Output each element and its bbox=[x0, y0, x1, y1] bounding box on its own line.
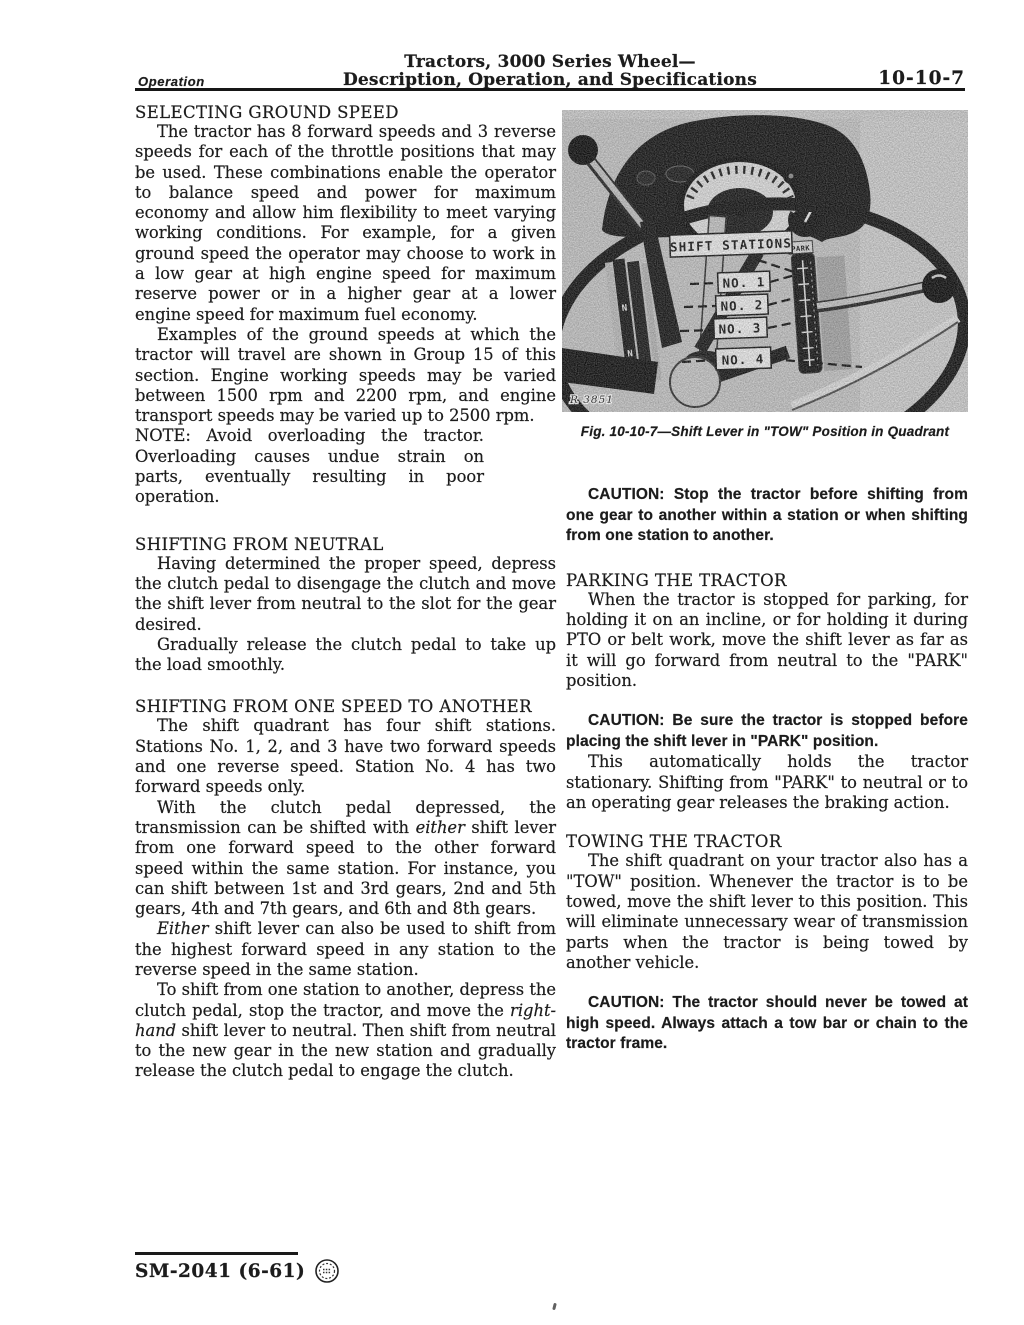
paragraph-either-lever-2: Either shift lever can also be used to s… bbox=[135, 919, 556, 980]
paragraph-either-lever-1: With the clutch pedal depressed, the tra… bbox=[135, 798, 556, 920]
document-number: SM-2041 (6-61) bbox=[135, 1261, 305, 1282]
paragraph-station-to-station: To shift from one station to another, de… bbox=[135, 980, 556, 1081]
figure-caption: Fig. 10-10-7—Shift Lever in "TOW" Positi… bbox=[562, 424, 968, 439]
header-section-label: Operation bbox=[138, 74, 205, 89]
scan-speck bbox=[552, 1303, 557, 1311]
note-overloading: NOTE: Avoid overloading the tractor. Ove… bbox=[135, 426, 484, 507]
paragraph-park-release: This automatically holds the tractor sta… bbox=[566, 752, 968, 813]
page-footer: SM-2041 (6-61) bbox=[135, 1252, 340, 1284]
paragraph-ground-speeds: The tractor has 8 forward speeds and 3 r… bbox=[135, 122, 556, 325]
shift-quadrant-photo: N N PARK bbox=[562, 110, 968, 412]
right-column: N N PARK bbox=[566, 110, 968, 1055]
caution-stopped-before-park: CAUTION: Be sure the tractor is stopped … bbox=[566, 711, 968, 752]
paragraph-neutral-1: Having determined the proper speed, depr… bbox=[135, 554, 556, 635]
heading-parking-the-tractor: PARKING THE TRACTOR bbox=[566, 571, 968, 590]
figure-shift-quadrant: N N PARK bbox=[562, 110, 968, 439]
footer-rule bbox=[135, 1252, 298, 1255]
page-number: 10-10-7 bbox=[878, 68, 965, 89]
heading-one-speed-to-another: SHIFTING FROM ONE SPEED TO ANOTHER bbox=[135, 697, 556, 716]
paragraph-shift-quadrant: The shift quadrant has four shift statio… bbox=[135, 716, 556, 797]
manual-page: Tractors, 3000 Series Wheel— Description… bbox=[0, 0, 1024, 1325]
left-column: SELECTING GROUND SPEED The tractor has 8… bbox=[135, 103, 556, 1082]
paragraph-towing: The shift quadrant on your tractor also … bbox=[566, 851, 968, 973]
paragraph-neutral-2: Gradually release the clutch pedal to ta… bbox=[135, 635, 556, 676]
paragraph-parking: When the tractor is stopped for parking,… bbox=[566, 590, 968, 691]
header-title-line1: Tractors, 3000 Series Wheel— bbox=[135, 52, 965, 72]
header-rule bbox=[135, 88, 965, 91]
caution-stop-before-shifting: CAUTION: Stop the tractor before shiftin… bbox=[566, 485, 968, 547]
halftone-grain-overlay bbox=[562, 110, 968, 412]
heading-shifting-from-neutral: SHIFTING FROM NEUTRAL bbox=[135, 535, 556, 554]
litho-stamp-icon bbox=[314, 1258, 340, 1284]
header-title-line2: Description, Operation, and Specificatio… bbox=[135, 70, 965, 90]
heading-towing-the-tractor: TOWING THE TRACTOR bbox=[566, 832, 968, 851]
caution-never-towed-high-speed: CAUTION: The tractor should never be tow… bbox=[566, 993, 968, 1055]
paragraph-speed-examples: Examples of the ground speeds at which t… bbox=[135, 325, 556, 426]
heading-selecting-ground-speed: SELECTING GROUND SPEED bbox=[135, 103, 556, 122]
